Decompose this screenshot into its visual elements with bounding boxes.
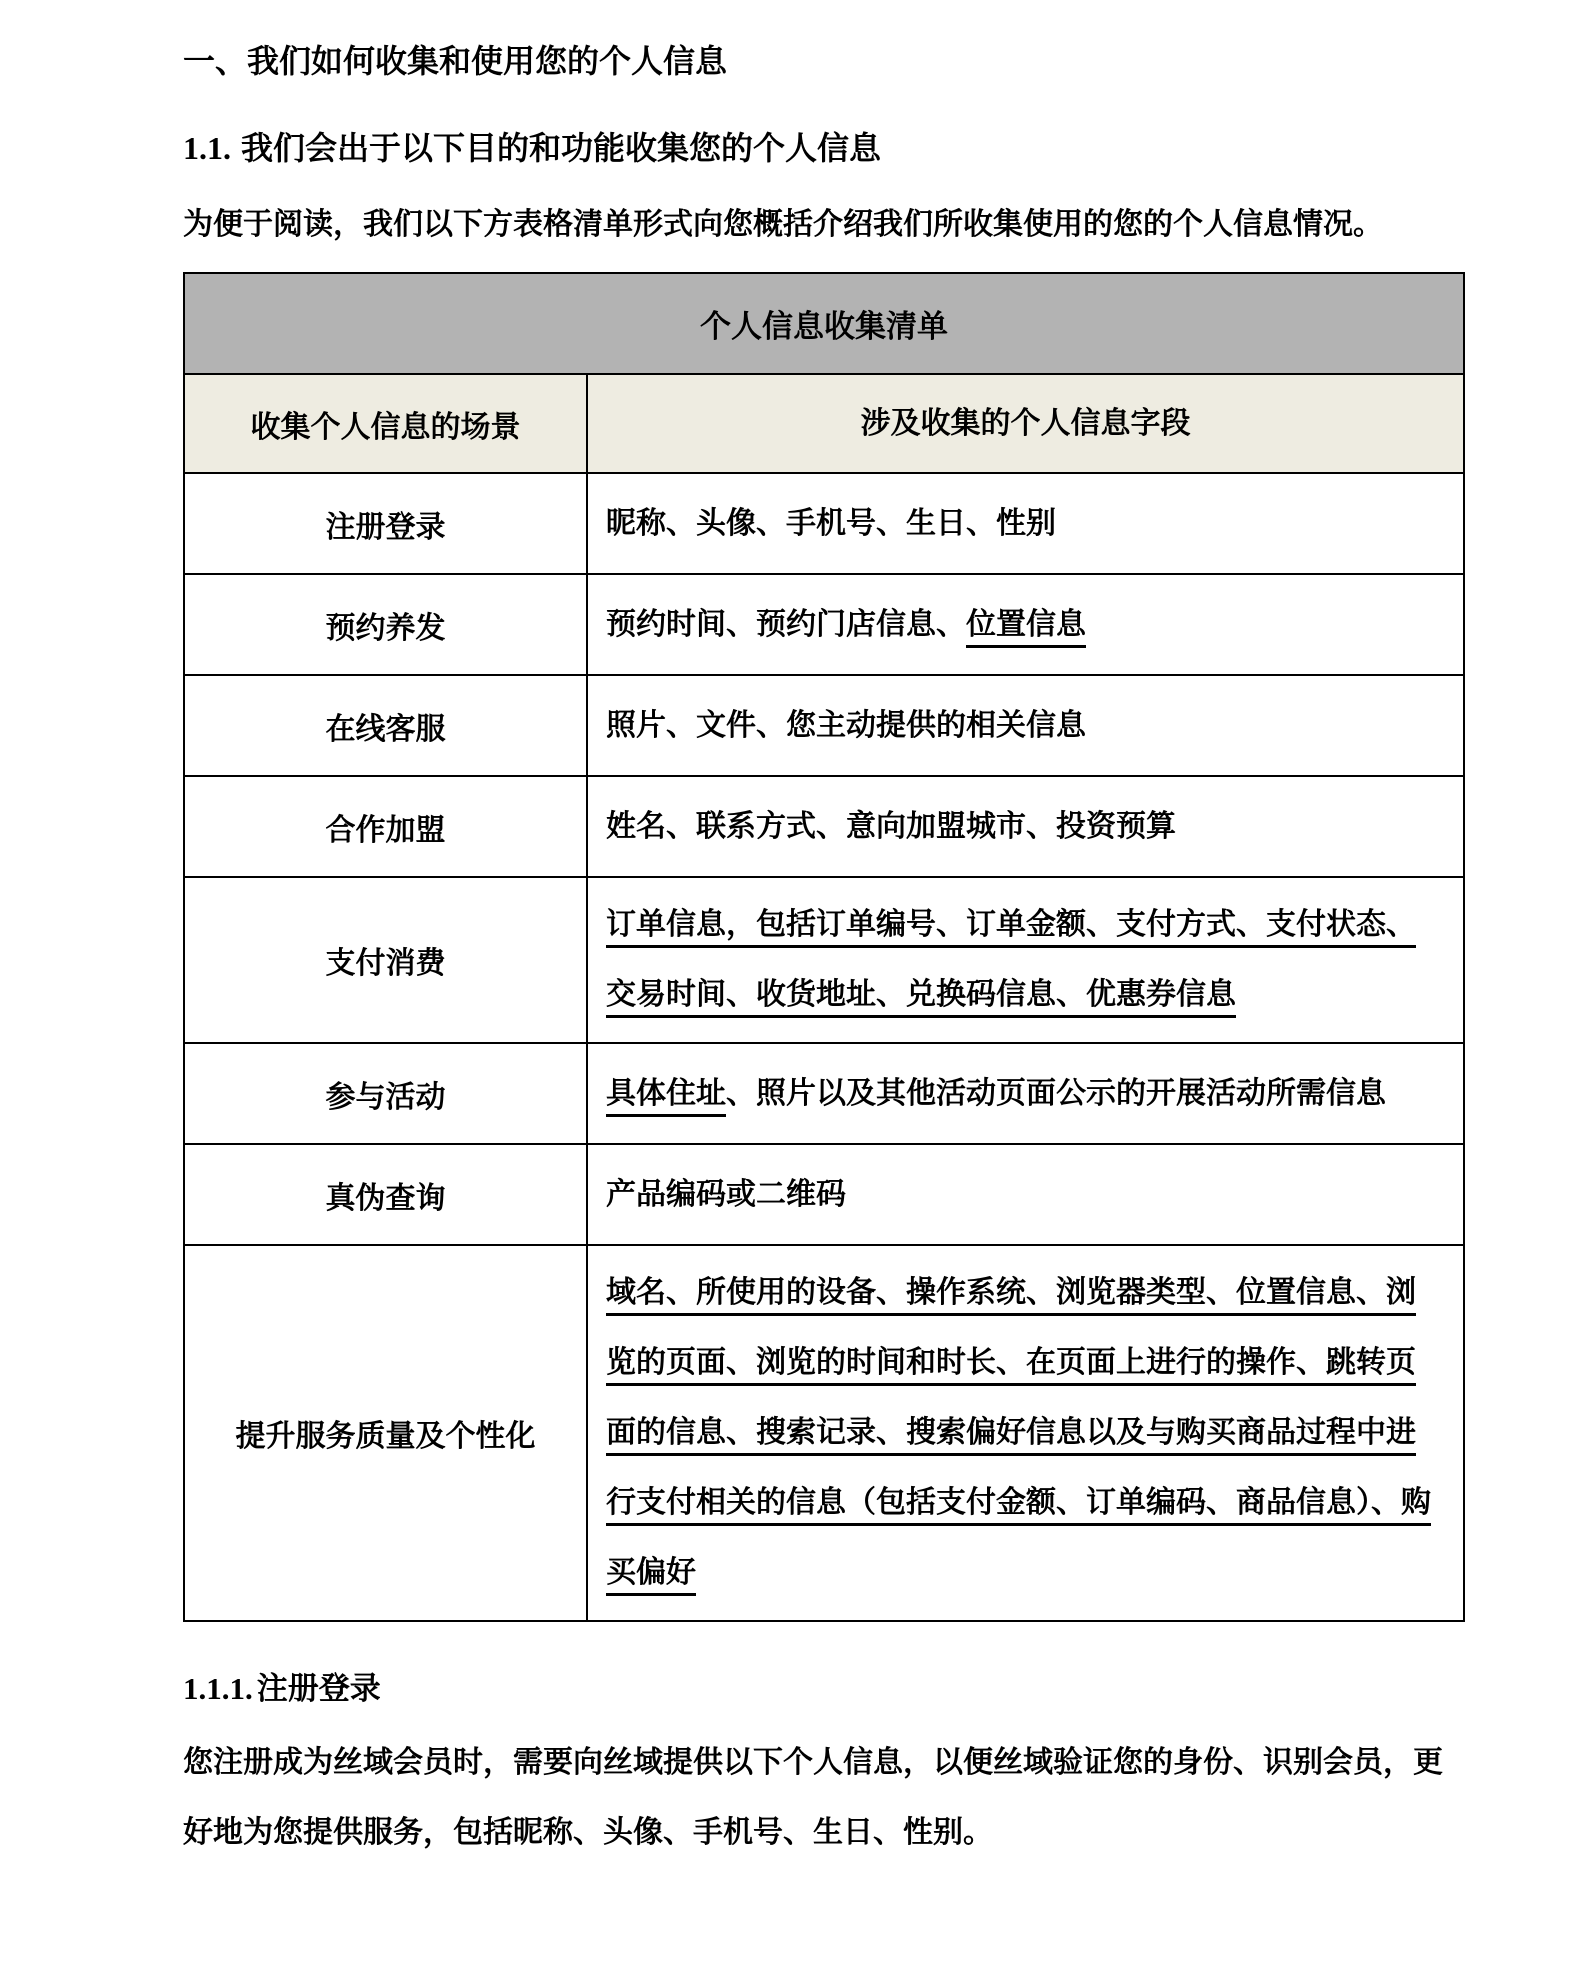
field-text: 照片、文件、您主动提供的相关信息 [606, 709, 1086, 742]
fields-cell: 姓名、联系方式、意向加盟城市、投资预算 [587, 776, 1464, 877]
fields-cell: 订单信息，包括订单编号、订单金额、支付方式、支付状态、交易时间、收货地址、兑换码… [587, 877, 1464, 1043]
closing-paragraph: 您注册成为丝域会员时，需要向丝域提供以下个人信息，以便丝域验证您的身份、识别会员… [183, 1728, 1463, 1868]
scene-cell: 在线客服 [184, 675, 587, 776]
field-text: 姓名、联系方式、意向加盟城市、投资预算 [606, 810, 1176, 843]
subsubsection-number: 1.1.1. [183, 1671, 253, 1706]
underlined-field-text: 具体住址 [606, 1077, 726, 1110]
field-text: 昵称、头像、手机号、生日、性别 [606, 507, 1056, 540]
fields-cell: 昵称、头像、手机号、生日、性别 [587, 473, 1464, 574]
scene-cell: 注册登录 [184, 473, 587, 574]
fields-cell: 产品编码或二维码 [587, 1144, 1464, 1245]
scene-cell: 提升服务质量及个性化 [184, 1245, 587, 1621]
table-row: 参与活动具体住址、照片以及其他活动页面公示的开展活动所需信息 [184, 1043, 1464, 1144]
subsubsection-heading-text: 注册登录 [257, 1671, 381, 1706]
underlined-field-text: 位置信息 [966, 608, 1086, 641]
table-row: 在线客服照片、文件、您主动提供的相关信息 [184, 675, 1464, 776]
table-title-row: 个人信息收集清单 [184, 273, 1464, 374]
table-row: 真伪查询产品编码或二维码 [184, 1144, 1464, 1245]
subsection-number: 1.1. [183, 130, 231, 166]
table-title: 个人信息收集清单 [184, 273, 1464, 374]
fields-cell: 照片、文件、您主动提供的相关信息 [587, 675, 1464, 776]
subsection-heading: 1.1.我们会出于以下目的和功能收集您的个人信息 [183, 131, 1463, 166]
scene-cell: 真伪查询 [184, 1144, 587, 1245]
fields-cell: 预约时间、预约门店信息、位置信息 [587, 574, 1464, 675]
column-header-scene: 收集个人信息的场景 [184, 374, 587, 473]
scene-cell: 合作加盟 [184, 776, 587, 877]
table-row: 合作加盟姓名、联系方式、意向加盟城市、投资预算 [184, 776, 1464, 877]
table-header-row: 收集个人信息的场景 涉及收集的个人信息字段 [184, 374, 1464, 473]
personal-info-collection-table: 个人信息收集清单 收集个人信息的场景 涉及收集的个人信息字段 注册登录昵称、头像… [183, 272, 1465, 1622]
field-text: 产品编码或二维码 [606, 1178, 846, 1211]
scene-cell: 预约养发 [184, 574, 587, 675]
table-row: 注册登录昵称、头像、手机号、生日、性别 [184, 473, 1464, 574]
subsection-heading-text: 我们会出于以下目的和功能收集您的个人信息 [241, 130, 881, 166]
collection-table-body: 个人信息收集清单 收集个人信息的场景 涉及收集的个人信息字段 注册登录昵称、头像… [184, 273, 1464, 1621]
intro-paragraph: 为便于阅读，我们以下方表格清单形式向您概括介绍我们所收集使用的您的个人信息情况。 [183, 190, 1463, 260]
document-page: 一、我们如何收集和使用您的个人信息 1.1.我们会出于以下目的和功能收集您的个人… [0, 0, 1587, 1908]
underlined-field-text: 域名、所使用的设备、操作系统、浏览器类型、位置信息、浏览的页面、浏览的时间和时长… [606, 1276, 1431, 1589]
field-text: 、照片以及其他活动页面公示的开展活动所需信息 [726, 1077, 1386, 1110]
scene-cell: 支付消费 [184, 877, 587, 1043]
fields-cell: 域名、所使用的设备、操作系统、浏览器类型、位置信息、浏览的页面、浏览的时间和时长… [587, 1245, 1464, 1621]
table-row: 预约养发预约时间、预约门店信息、位置信息 [184, 574, 1464, 675]
section-heading: 一、我们如何收集和使用您的个人信息 [183, 44, 1463, 79]
subsubsection-heading: 1.1.1.注册登录 [183, 1672, 1463, 1706]
column-header-fields: 涉及收集的个人信息字段 [587, 374, 1464, 473]
underlined-field-text: 订单信息，包括订单编号、订单金额、支付方式、支付状态、交易时间、收货地址、兑换码… [606, 908, 1416, 1011]
fields-cell: 具体住址、照片以及其他活动页面公示的开展活动所需信息 [587, 1043, 1464, 1144]
table-row: 支付消费订单信息，包括订单编号、订单金额、支付方式、支付状态、交易时间、收货地址… [184, 877, 1464, 1043]
scene-cell: 参与活动 [184, 1043, 587, 1144]
field-text: 预约时间、预约门店信息、 [606, 608, 966, 641]
table-row: 提升服务质量及个性化域名、所使用的设备、操作系统、浏览器类型、位置信息、浏览的页… [184, 1245, 1464, 1621]
